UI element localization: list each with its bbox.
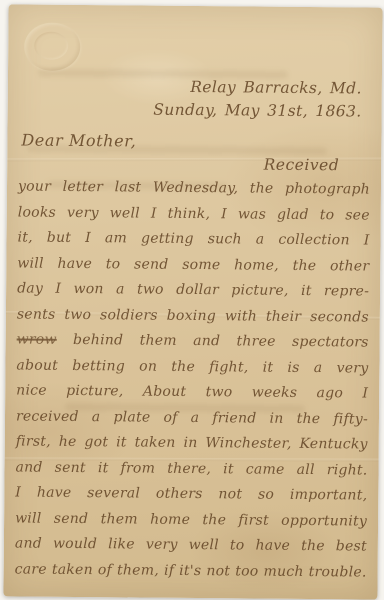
letter-line: about betting on the fight, it is a very bbox=[13, 353, 371, 382]
letter-line: and would like very well to have the bes… bbox=[12, 531, 370, 560]
letter-line: day I won a two dollar picture, it repre… bbox=[14, 276, 372, 305]
struck-word: wrow bbox=[17, 331, 57, 347]
letter-line: I have several others not so important, bbox=[12, 480, 370, 509]
letter-line: nice picture, About two weeks ago I bbox=[13, 378, 371, 407]
dateline: Relay Barracks, Md. Sunday, May 31st, 18… bbox=[16, 74, 374, 123]
letter-line: will have to send some home, the other bbox=[14, 251, 372, 280]
letter-line: wrow behind them and three spectators bbox=[14, 327, 372, 356]
letter-line: sents two soldiers boxing with their sec… bbox=[14, 302, 372, 331]
letter-photo: Relay Barracks, Md. Sunday, May 31st, 18… bbox=[0, 0, 384, 600]
letter-body: your letter last Wednesday, the photogra… bbox=[12, 174, 374, 585]
letter-line: care taken of them, if it's not too much… bbox=[12, 557, 370, 586]
letter-line: will send them home the first opportunit… bbox=[12, 506, 370, 535]
dateline-place: Relay Barracks, Md. bbox=[16, 74, 362, 100]
salutation: Dear Mother, bbox=[15, 130, 373, 152]
letter-line: looks very well I think, I was glad to s… bbox=[15, 200, 373, 229]
dateline-date: Sunday, May 31st, 1863. bbox=[16, 97, 362, 123]
letter-line: received a plate of a friend in the fift… bbox=[13, 404, 371, 433]
letter-line: your letter last Wednesday, the photogra… bbox=[15, 174, 373, 203]
letter-content: Relay Barracks, Md. Sunday, May 31st, 18… bbox=[3, 4, 382, 599]
letter-line-text: behind them and three spectators bbox=[73, 332, 369, 351]
letter-line: it, but I am getting such a collection I bbox=[14, 225, 372, 254]
opening-word: Received bbox=[15, 153, 373, 174]
letter-line: first, he got it taken in Winchester, Ke… bbox=[13, 429, 371, 458]
letter-line: and sent it from there, it came all righ… bbox=[12, 455, 370, 484]
letter-paper: Relay Barracks, Md. Sunday, May 31st, 18… bbox=[3, 4, 382, 599]
